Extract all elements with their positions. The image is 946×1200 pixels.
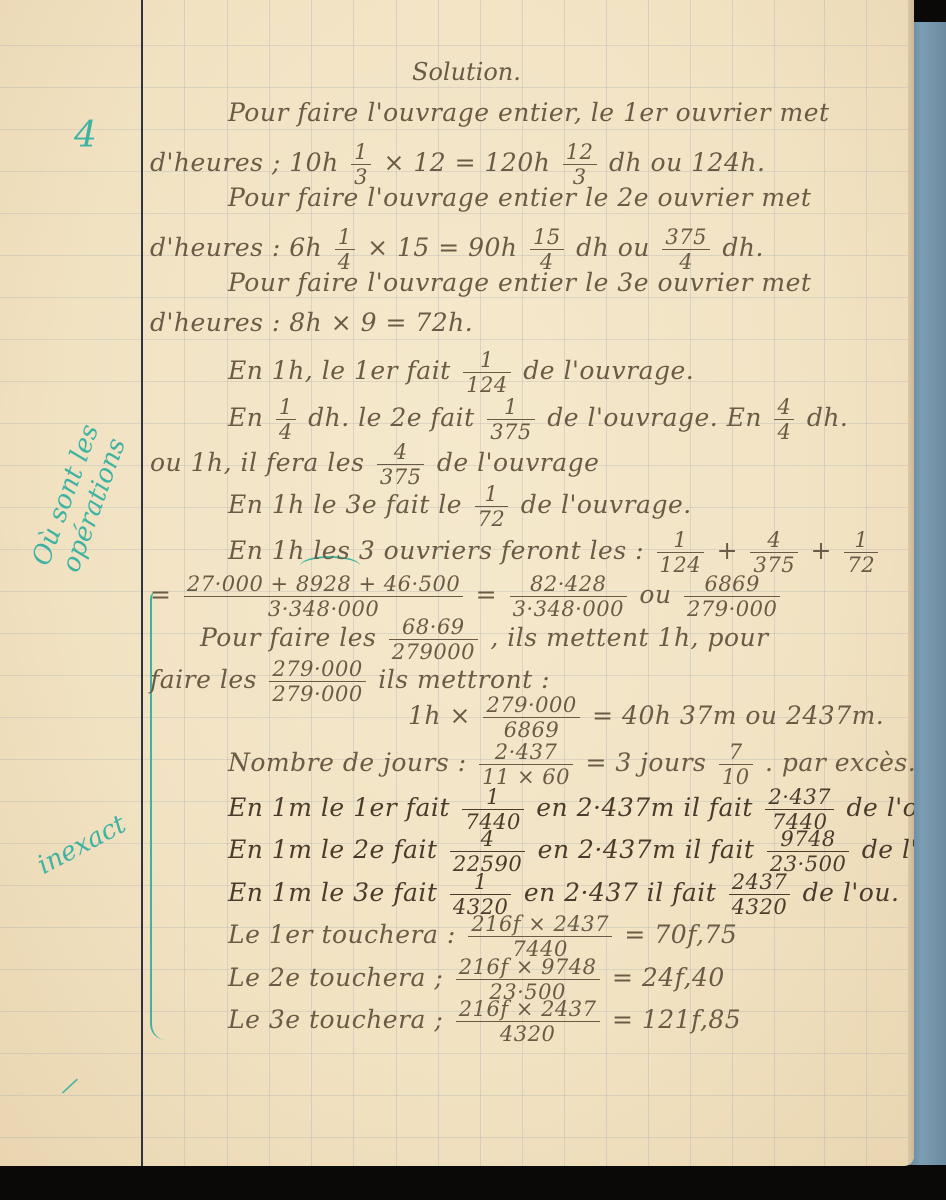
text-line-18: En 1m le 2e fait 422590 en 2·437m il fai… [228,827,914,876]
text: d'heures ; 10h [150,148,339,177]
numerator: 4 [450,827,525,852]
text-line-10: En 1h le 3e fait le 172 de l'ouvrage. [228,482,692,531]
fraction: 154 [530,225,564,274]
text: de l'ou [847,793,915,822]
grid-line [0,87,914,88]
numerator: 216f × 2437 [456,997,600,1022]
text-line-15: 1h × 279·0006869 = 40h 37m ou 2437m. [408,693,884,742]
text-line-22: Le 3e touchera ; 216f × 24374320 = 121f,… [228,997,741,1046]
fraction: 13 [351,140,371,189]
margin-rule [141,0,143,1166]
text: dh ou [576,233,650,262]
numerator: 7 [719,740,753,765]
text: de l'ouvrage [437,448,600,477]
numerator: 1 [463,348,511,373]
problem-number-annotation: 4 [74,115,97,156]
fraction: 44 [774,395,794,444]
fraction: 4375 [750,528,798,577]
fraction: 27·000 + 8928 + 46·5003·348·000 [184,572,463,621]
numerator: 1 [276,395,296,420]
text: faire les [150,665,257,694]
numerator: 1 [657,528,705,553]
fraction: 3754 [662,225,710,274]
text-line-4: d'heures : 6h 14 × 15 = 90h 154 dh ou 37… [150,225,764,274]
text: de l'ou. [803,878,900,907]
numerator: 1 [475,482,509,507]
text: dh ou 124h. [609,148,765,177]
text: de l'ouvrage. En [547,403,762,432]
text: = 3 jours [585,748,706,777]
text: En 1h les 3 ouvriers feront les : [228,536,644,565]
text: En 1h, le 1er fait [228,356,451,385]
text: = 70f,75 [624,920,737,949]
text-line-6: d'heures : 8h × 9 = 72h. [150,308,473,337]
text: Le 2e touchera ; [228,963,443,992]
denominator: 124 [463,373,511,397]
fraction: 172 [475,482,509,531]
numerator: 4 [774,395,794,420]
fraction: 1124 [657,528,705,577]
numerator: 216f × 9748 [456,955,600,980]
fraction: 172 [844,528,878,577]
denominator: 4 [774,420,794,444]
numerator: 2·437 [765,785,834,810]
text: , ils mettent 1h, pour [490,623,768,652]
fraction: 123 [563,140,597,189]
text: de l'ouvrage. [523,356,694,385]
margin-note-operations: Où sont les opérations [11,377,149,623]
text-line-12: = 27·000 + 8928 + 46·5003·348·000 = 82·4… [150,572,784,621]
text: En 1h le 3e fait le [228,490,462,519]
numerator: 68·69 [389,615,478,640]
text-line-8: En 14 dh. le 2e fait 1375 de l'ouvrage. … [228,395,848,444]
grid-line [866,0,867,1166]
text: Pour faire les [200,623,376,652]
fraction: 2·43711 × 60 [479,740,573,789]
fraction: 216f × 24374320 [456,997,600,1046]
numerator: 9748 [767,827,849,852]
fraction: 216f × 24377440 [468,912,612,961]
fraction: 279·0006869 [483,693,579,742]
fraction: 82·4283·348·000 [510,572,627,621]
text: Le 1er touchera : [228,920,456,949]
text-line-20: Le 1er touchera : 216f × 24377440 = 70f,… [228,912,737,961]
numerator: 6869 [684,572,780,597]
text: Nombre de jours : [228,748,467,777]
margin-note-inexact: inexact [33,809,132,880]
grid-line [0,1137,914,1138]
fraction: 6869279·000 [684,572,780,621]
text: en 2·437 il fait [524,878,717,907]
text-line-2: d'heures ; 10h 13 × 12 = 120h 123 dh ou … [150,140,765,189]
text: En [228,403,263,432]
numerator: 82·428 [510,572,627,597]
text: ou [639,580,671,609]
numerator: 2437 [729,870,790,895]
text-line-3: Pour faire l'ouvrage entier le 2e ouvrie… [228,183,811,212]
text-line-7: En 1h, le 1er fait 1124 de l'ouvrage. [228,348,694,397]
text: 1h × [408,701,471,730]
grid-line [0,213,914,214]
numerator: 27·000 + 8928 + 46·500 [184,572,463,597]
fraction: 24374320 [729,870,790,919]
fraction: 710 [719,740,753,789]
grid-line [0,297,914,298]
text: Pour faire l'ouvrage entier le 3e ouvrie… [228,268,811,297]
notebook-page: 4 Où sont les opérations inexact / Solut… [0,0,914,1166]
numerator: 1 [844,528,878,553]
numerator: 15 [530,225,564,250]
page-edge [908,0,914,1166]
numerator: 4 [750,528,798,553]
fraction: 1124 [463,348,511,397]
text: en 2·437m il fait [538,835,755,864]
text-line-11: En 1h les 3 ouvriers feront les : 1124 +… [228,528,882,577]
document-viewer: { "document": { "title": "Solution.", "t… [0,0,946,1200]
text: × 15 = 90h [367,233,517,262]
text: de l'ouvrage. [521,490,692,519]
numerator: 1 [450,870,511,895]
text: en 2·437m il fait [536,793,753,822]
text: Pour faire l'ouvrage entier le 2e ouvrie… [228,183,811,212]
denominator: 4320 [456,1022,600,1046]
page-title: Solution. [412,58,521,86]
text-line-1: Pour faire l'ouvrage entier, le 1er ouvr… [228,98,830,127]
denominator: 279·000 [269,682,365,706]
text: = [150,580,171,609]
denominator: 72 [844,553,878,577]
text: de l'ou [862,835,914,864]
fraction: 14 [335,225,355,274]
fraction: 422590 [450,827,525,876]
numerator: 375 [662,225,710,250]
text: × 12 = 120h [383,148,550,177]
grid-line [824,0,825,1166]
grid-line [0,45,914,46]
denominator: 6869 [483,718,579,742]
text: d'heures : 8h × 9 = 72h. [150,308,473,337]
text: Pour faire l'ouvrage entier, le 1er ouvr… [228,98,830,127]
text: dh. [722,233,764,262]
numerator: 216f × 2437 [468,912,612,937]
numerator: 1 [462,785,523,810]
numerator: 4 [377,440,425,465]
text-line-16: Nombre de jours : 2·43711 × 60 = 3 jours… [228,740,914,789]
text: ils mettront : [378,665,550,694]
text: dh. le 2e fait [308,403,475,432]
text: = 24f,40 [612,963,725,992]
grid-line [0,129,914,130]
numerator: 2·437 [479,740,573,765]
fraction: 279·000279·000 [269,657,365,706]
numerator: 1 [487,395,535,420]
text-line-5: Pour faire l'ouvrage entier le 3e ouvrie… [228,268,811,297]
numerator: 1 [351,140,371,165]
numerator: 1 [335,225,355,250]
text: . par excès. [765,748,914,777]
text: Le 3e touchera ; [228,1005,443,1034]
numerator: 12 [563,140,597,165]
numerator: 279·000 [269,657,365,682]
grid-line [0,1053,914,1054]
text: d'heures : 6h [150,233,322,262]
numerator: 279·000 [483,693,579,718]
text: En 1m le 2e fait [228,835,437,864]
fraction: 1375 [487,395,535,444]
text: = 40h 37m ou 2437m. [592,701,884,730]
grid-line [0,339,914,340]
grid-line [0,1095,914,1096]
fraction: 974823·500 [767,827,849,876]
text: ou 1h, il fera les [150,448,364,477]
denominator: 4320 [729,895,790,919]
fraction: 14 [276,395,296,444]
text: = 121f,85 [612,1005,741,1034]
text: dh. [807,403,849,432]
text: En 1m le 3e fait [228,878,437,907]
text: En 1m le 1er fait [228,793,450,822]
